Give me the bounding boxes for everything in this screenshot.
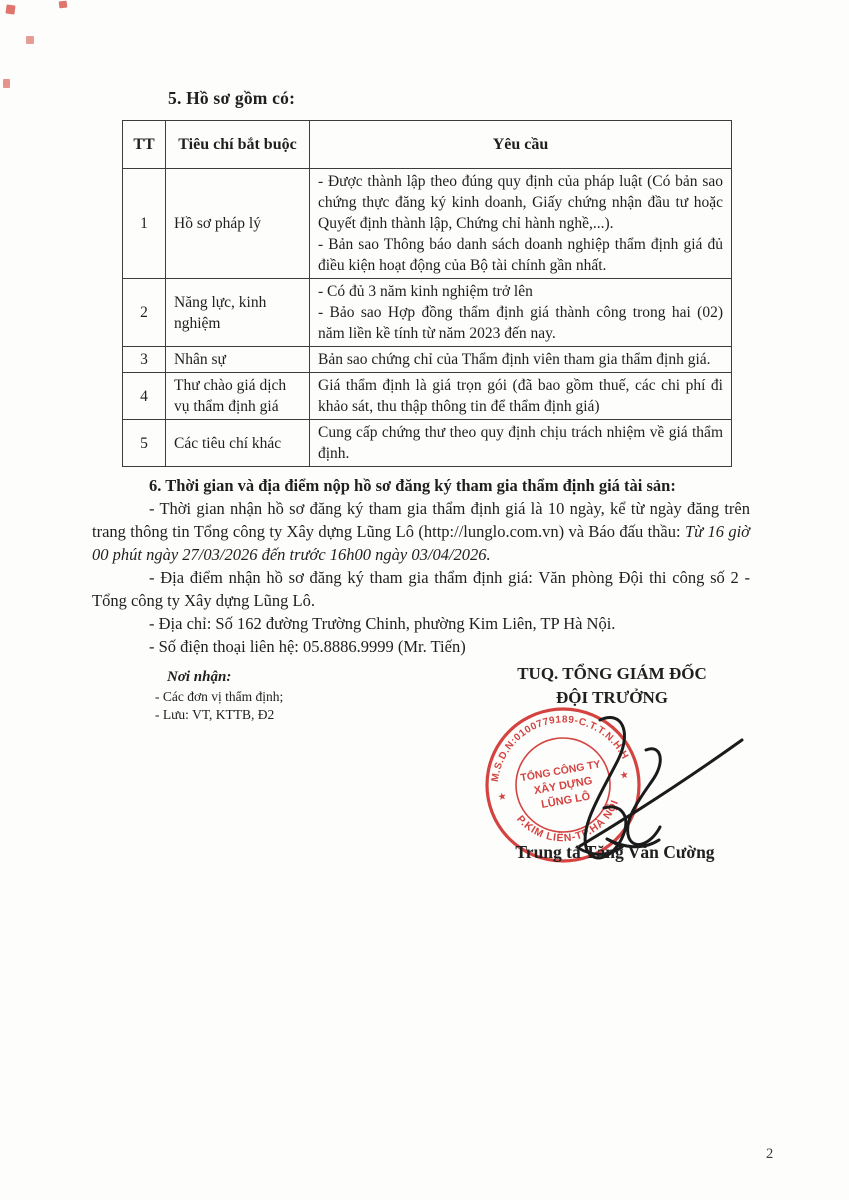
section6: 6. Thời gian và địa điểm nộp hồ sơ đăng … [92,474,750,658]
recipient-item: - Lưu: VT, KTTB, Đ2 [155,706,415,724]
section5-heading: 5. Hồ sơ gồm có: [168,88,295,109]
paragraph-phone: - Số điện thoại liên hệ: 05.8886.9999 (M… [92,635,750,658]
section6-heading: 6. Thời gian và địa điểm nộp hồ sơ đăng … [92,474,750,497]
table-row: 3 Nhân sự Bản sao chứng chỉ của Thẩm địn… [123,347,732,373]
recipients-block: Nơi nhận: - Các đơn vị thẩm định; - Lưu:… [155,668,415,724]
page-number: 2 [766,1146,773,1163]
row-number: 5 [123,420,166,467]
requirement-line: - Có đủ 3 năm kinh nghiệm trở lên [318,281,723,302]
criteria-table: TT Tiêu chí bắt buộc Yêu cầu 1 Hồ sơ phá… [122,120,732,467]
row-requirement: Giá thẩm định là giá trọn gói (đã bao gồ… [310,373,732,420]
row-criteria: Hồ sơ pháp lý [166,169,310,279]
signer-name: Trung tá Tăng Văn Cường [455,842,775,863]
col-header-criteria: Tiêu chí bắt buộc [166,121,310,169]
row-criteria: Nhân sự [166,347,310,373]
stamp-star-right: ★ [619,770,630,782]
requirement-line: - Được thành lập theo đúng quy định của … [318,171,723,234]
row-criteria: Năng lực, kinh nghiệm [166,279,310,347]
row-criteria: Thư chào giá dịch vụ thẩm định giá [166,373,310,420]
stamp-signature-svg: M.S.D.N:0100779189-C.T.T.N.H.H P.KIM LIÊ… [450,688,770,868]
stamp-and-signature: M.S.D.N:0100779189-C.T.T.N.H.H P.KIM LIÊ… [450,688,770,868]
row-requirement: - Có đủ 3 năm kinh nghiệm trở lên - Bảo … [310,279,732,347]
requirement-line: - Bản sao Thông báo danh sách doanh nghi… [318,234,723,276]
row-number: 4 [123,373,166,420]
row-requirement: Cung cấp chứng thư theo quy định chịu tr… [310,420,732,467]
document-page: 5. Hồ sơ gồm có: TT Tiêu chí bắt buộc Yê… [0,0,849,1200]
requirement-line: - Bảo sao Hợp đồng thẩm định giá thành c… [318,302,723,344]
paragraph-time: - Thời gian nhận hồ sơ đăng ký tham gia … [92,497,750,566]
table-row: 4 Thư chào giá dịch vụ thẩm định giá Giá… [123,373,732,420]
table-row: 2 Năng lực, kinh nghiệm - Có đủ 3 năm ki… [123,279,732,347]
row-number: 3 [123,347,166,373]
requirement-line: Giá thẩm định là giá trọn gói (đã bao gồ… [318,375,723,417]
scan-speck [5,4,15,14]
table-row: 1 Hồ sơ pháp lý - Được thành lập theo đú… [123,169,732,279]
requirement-line: Bản sao chứng chỉ của Thẩm định viên tha… [318,349,723,370]
paragraph-time-text: - Thời gian nhận hồ sơ đăng ký tham gia … [92,499,750,541]
row-number: 1 [123,169,166,279]
recipient-item: - Các đơn vị thẩm định; [155,688,415,706]
table-row: 5 Các tiêu chí khác Cung cấp chứng thư t… [123,420,732,467]
scan-speck [59,1,68,9]
signoff-title: TUQ. TỔNG GIÁM ĐỐC [462,662,762,686]
scan-speck [3,79,10,88]
row-criteria: Các tiêu chí khác [166,420,310,467]
stamp-star-left: ★ [497,791,508,803]
col-header-requirement: Yêu cầu [310,121,732,169]
scan-speck [26,36,34,44]
requirement-line: Cung cấp chứng thư theo quy định chịu tr… [318,422,723,464]
table-header-row: TT Tiêu chí bắt buộc Yêu cầu [123,121,732,169]
row-requirement: - Được thành lập theo đúng quy định của … [310,169,732,279]
paragraph-address: - Địa chỉ: Số 162 đường Trường Chinh, ph… [92,612,750,635]
row-number: 2 [123,279,166,347]
paragraph-location: - Địa điểm nhận hồ sơ đăng ký tham gia t… [92,566,750,612]
recipients-title: Nơi nhận: [155,668,415,686]
col-header-tt: TT [123,121,166,169]
row-requirement: Bản sao chứng chỉ của Thẩm định viên tha… [310,347,732,373]
